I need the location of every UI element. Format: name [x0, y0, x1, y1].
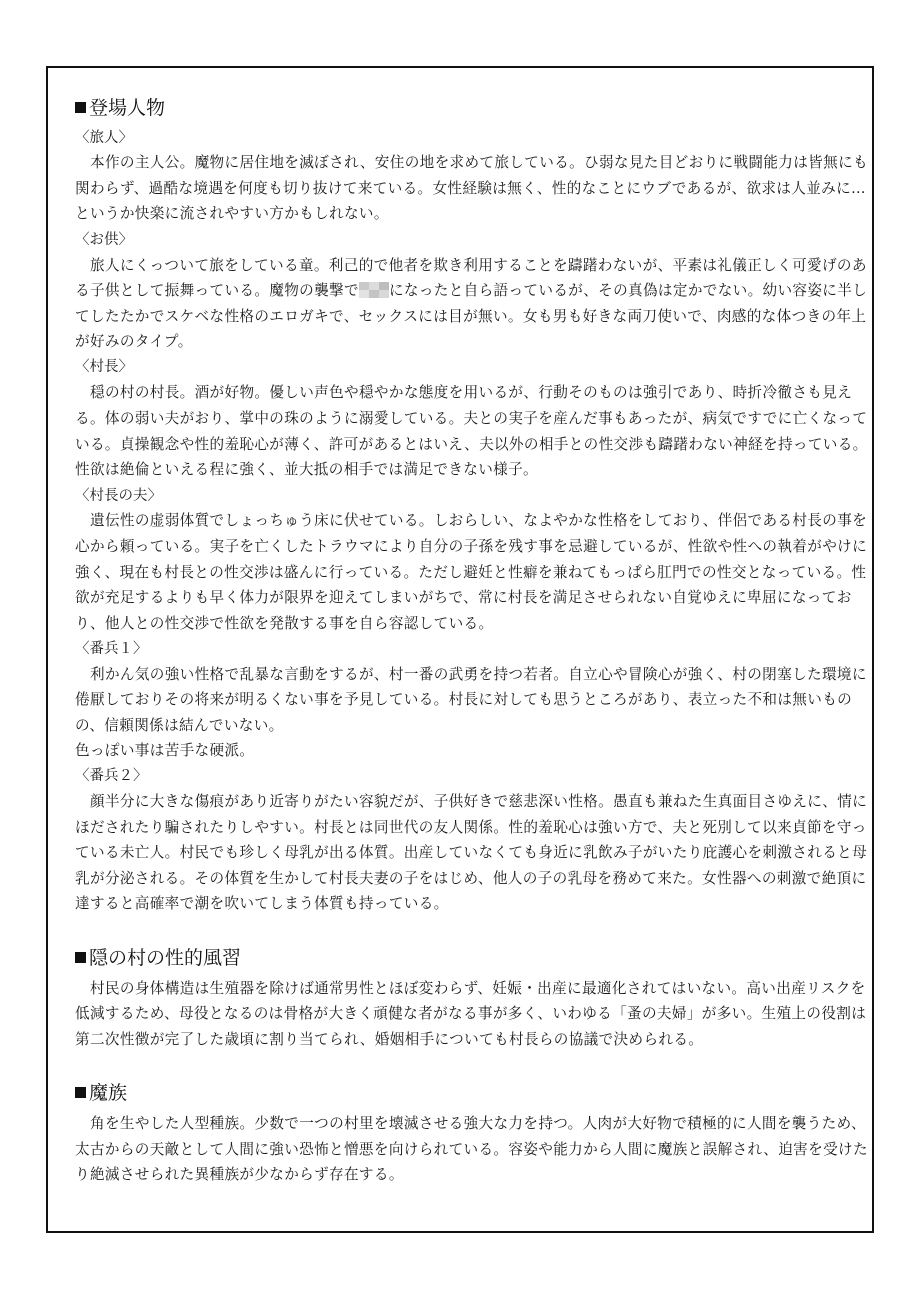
square-bullet-icon	[75, 1087, 86, 1098]
text-line: いる。貞操観念や性的羞恥心が薄く、許可があるとはいえ、夫以外の相手との性交渉も躊…	[75, 435, 868, 455]
text-line: ほだされたり騙されたりしやすい。村長とは同世代の友人関係。性的羞恥心は強い方で、…	[75, 818, 867, 838]
text-line: る。体の弱い夫がおり、掌中の珠のように溺愛している。夫との実子を産んだ事もあった…	[75, 409, 867, 429]
character-label: 〈お供〉	[75, 230, 133, 250]
character-label: 〈村長〉	[75, 357, 133, 377]
page-frame	[46, 66, 874, 1233]
character-label: 〈番兵１〉	[75, 639, 148, 659]
text-line: 角を生やした人型種族。少数で一つの村里を壊滅させる強大な力を持つ。人肉が大好物で…	[75, 1114, 866, 1134]
text-line: 色っぽい事は苦手な硬派。	[75, 741, 254, 761]
text-line: 強く、現在も村長との性交渉は盛んに行っている。ただし避妊と性癖を兼ねてもっぱら肛…	[75, 563, 866, 583]
text-line: 欲が充足するよりも早く体力が限界を迎えてしまいがちで、常に村長を満足させられない…	[75, 588, 852, 608]
text-line: 村民の身体構造は生殖器を除けば通常男性とほぼ変わらず、妊娠・出産に最適化されては…	[75, 979, 866, 999]
character-label: 〈村長の夫〉	[75, 486, 162, 506]
text-line: 利かん気の強い性格で乱暴な言動をするが、村一番の武勇を持つ若者。自立心や冒険心が…	[75, 665, 867, 685]
text-line: 心から頼っている。実子を亡くしたトラウマにより自分の子孫を残す事を忌避しているが…	[75, 537, 867, 557]
text-line: る子供として振舞っている。魔物の襲撃でになったと自ら語っているが、その真偽は定か…	[75, 281, 867, 301]
text-line: てしたたかでスケベな性格のエロガキで、セックスには目が無い。女も男も好きな両刀使…	[75, 307, 866, 327]
text-line: というか快楽に流されやすい方かもしれない。	[75, 204, 389, 224]
character-label: 〈旅人〉	[75, 128, 133, 148]
heading-text: 隠の村の性的風習	[89, 947, 241, 969]
text-line: 遺伝性の虚弱体質でしょっちゅう床に伏せている。しおらしい、なよやかな性格をしてお…	[75, 511, 867, 531]
text-line: が好みのタイプ。	[75, 332, 193, 352]
text-line: 性欲は絶倫といえる程に強く、並大抵の相手では満足できない様子。	[75, 460, 538, 480]
section-heading-characters: 登場人物	[75, 96, 165, 120]
text-line: 倦厭しておりその将来が明るくない事を予見している。村長に対しても思うところがあり…	[75, 690, 852, 710]
text-line: 穏の村の村長。酒が好物。優しい声色や穏やかな態度を用いるが、行動そのものは強引で…	[75, 383, 852, 403]
text-line: 顔半分に大きな傷痕があり近寄りがたい容貌だが、子供好きで慈悲深い性格。愚直も兼ね…	[75, 792, 867, 812]
text-line: ている未亡人。村民でも珍しく母乳が出る体質。出産していなくても身近に乳飲み子がい…	[75, 843, 867, 863]
text-segment: る子供として振舞っている。魔物の襲撃で	[75, 282, 359, 299]
text-line: 低減するため、母役となるのは骨格が大きく頑健な者がなる事が多く、いわゆる「蚤の夫…	[75, 1004, 866, 1024]
text-line: 第二次性徴が完了した歳頃に割り当てられ、婚姻相手についても村長らの協議で決められ…	[75, 1030, 703, 1050]
section-heading-customs: 隠の村の性的風習	[75, 946, 241, 970]
text-line: 乳が分泌される。その体質を生かして村長夫妻の子をはじめ、他人の子の乳母を務めて来…	[75, 869, 866, 889]
text-line: 本作の主人公。魔物に居住地を滅ぼされ、安住の地を求めて旅している。ひ弱な見た目ど…	[75, 153, 868, 173]
text-line: の、信頼関係は結んでいない。	[75, 716, 284, 736]
text-line: り、他人との性交渉で性欲を発散する事を自ら容認している。	[75, 614, 493, 634]
square-bullet-icon	[75, 952, 86, 963]
text-line: 太古からの天敵として人間に強い恐怖と憎悪を向けられている。容姿や能力から人間に魔…	[75, 1140, 868, 1160]
heading-text: 登場人物	[89, 97, 165, 119]
text-line: 関わらず、過酷な境遇を何度も切り抜けて来ている。女性経験は無く、性的なことにウブ…	[75, 179, 866, 199]
censored-mosaic	[359, 282, 389, 298]
section-heading-demons: 魔族	[75, 1081, 127, 1105]
square-bullet-icon	[75, 102, 86, 113]
character-label: 〈番兵２〉	[75, 766, 148, 786]
text-segment: になったと自ら語っているが、その真偽は定かでない。幼い容姿に半し	[389, 282, 867, 299]
text-line: り絶滅させられた異種族が少なからず存在する。	[75, 1165, 404, 1185]
text-line: 達すると高確率で潮を吹いてしまう体質も持っている。	[75, 894, 449, 914]
heading-text: 魔族	[89, 1082, 127, 1104]
text-line: 旅人にくっついて旅をしている童。利己的で他者を欺き利用することを躊躇わないが、平…	[75, 256, 867, 276]
